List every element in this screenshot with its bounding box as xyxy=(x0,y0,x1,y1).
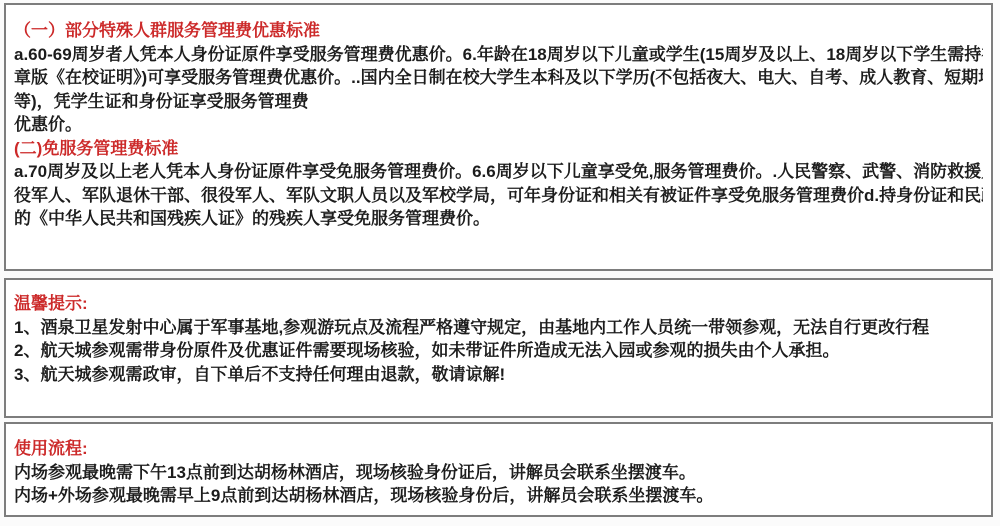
free-para-line-3: 的《中华人民共和国残疾人证》的残疾人享受免服务管理费价。 xyxy=(14,207,983,231)
free-para-line-1: a.70周岁及以上老人凭本人身份证原件享受免服务管理费价。6.6周岁以下儿童享受… xyxy=(14,160,983,184)
free-standard-heading: (二)免服务管理费标准 xyxy=(14,137,983,161)
warm-tips-section: 温馨提示: 1、酒泉卫星发射中心属于军事基地,参观游玩点及流程严格遵守规定，由基… xyxy=(4,278,993,418)
fee-standards-section: （一）部分特殊人群服务管理费优惠标准 a.60-69周岁者人凭本人身份证原件享受… xyxy=(4,3,993,271)
discount-para-line-1: a.60-69周岁者人凭本人身份证原件享受服务管理费优惠价。6.年龄在18周岁以… xyxy=(14,43,983,67)
tip-line-2: 2、航天城参观需带身份原件及优惠证件需要现场核验，如未带证件所造成无法入园或参观… xyxy=(14,339,983,363)
free-para-line-2: 役军人、军队退休干部、很役军人、军队文职人员以及军校学局，可年身份证和相关有被证… xyxy=(14,184,983,208)
discount-para-line-2: 章版《在校证明》)可享受服务管理费优惠价。..国内全日制在校大学生本科及以下学历… xyxy=(14,66,983,90)
warm-tips-heading: 温馨提示: xyxy=(14,292,983,316)
discount-standard-heading: （一）部分特殊人群服务管理费优惠标准 xyxy=(14,19,983,43)
usage-flow-heading: 使用流程: xyxy=(14,437,983,461)
flow-line-1: 内场参观最晚需下午13点前到达胡杨林酒店，现场核验身份证后，讲解员会联系坐摆渡车… xyxy=(14,461,983,485)
discount-para-line-4: 优惠价。 xyxy=(14,113,983,137)
usage-flow-section: 使用流程: 内场参观最晚需下午13点前到达胡杨林酒店，现场核验身份证后，讲解员会… xyxy=(4,422,993,517)
flow-line-2: 内场+外场参观最晚需早上9点前到达胡杨林酒店，现场核验身份后，讲解员会联系坐摆渡… xyxy=(14,484,983,508)
discount-para-line-3: 等)，凭学生证和身份证享受服务管理费 xyxy=(14,90,983,114)
tip-line-1: 1、酒泉卫星发射中心属于军事基地,参观游玩点及流程严格遵守规定，由基地内工作人员… xyxy=(14,316,983,340)
tip-line-3: 3、航天城参观需政审，自下单后不支持任何理由退款，敬请谅解! xyxy=(14,363,983,387)
